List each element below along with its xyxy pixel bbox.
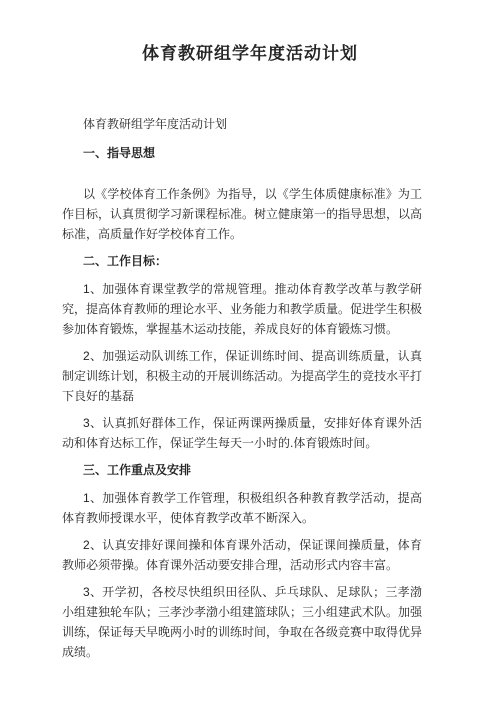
document-title: 体育教研组学年度活动计划 (0, 0, 500, 63)
document-subtitle: 体育教研组学年度活动计划 (62, 114, 422, 134)
paragraph: 以《学校体育工作条例》为指导，以《学生体质健康标准》为工作目标，认真贯彻学习新课… (62, 184, 422, 244)
paragraph: 1、加强体育课堂教学的常规管理。推动体育教学改革与教学研究，提高体育教师的理论水… (62, 279, 422, 339)
section-work-goals: 二、工作目标： 1、加强体育课堂教学的常规管理。推动体育教学改革与教学研究，提高… (62, 251, 422, 453)
paragraph: 3、认真抓好群体工作，保证两课两操质量，安排好体育课外活动和体育达标工作，保证学… (62, 413, 422, 453)
document-body: 体育教研组学年度活动计划 一、指导思想 以《学校体育工作条例》为指导，以《学生体… (62, 114, 422, 662)
section-heading: 一、指导思想 (62, 143, 422, 163)
section-heading: 二、工作目标： (62, 251, 422, 271)
paragraph: 2、加强运动队训练工作，保证训练时间、提高训练质量，认真制定训练计划，积极主动的… (62, 346, 422, 406)
section-work-focus: 三、工作重点及安排 1、加强体育教学工作管理，积极组织各种教育教学活动，提高体育… (62, 460, 422, 662)
document-page: 体育教研组学年度活动计划 体育教研组学年度活动计划 一、指导思想 以《学校体育工… (0, 0, 500, 707)
section-guiding-ideology: 一、指导思想 以《学校体育工作条例》为指导，以《学生体质健康标准》为工作目标，认… (62, 143, 422, 244)
paragraph: 1、加强体育教学工作管理，积极组织各种教育教学活动，提高体育教师授课水平，使体育… (62, 488, 422, 528)
paragraph: 2、认真安排好课间操和体育课外活动，保证课间操质量，体育教师必须带操。体育课外活… (62, 535, 422, 575)
section-heading: 三、工作重点及安排 (62, 460, 422, 480)
paragraph: 3、开学初，各校尽快组织田径队、乒乓球队、足球队；三孝渤小组建独轮车队；三孝沙孝… (62, 582, 422, 662)
